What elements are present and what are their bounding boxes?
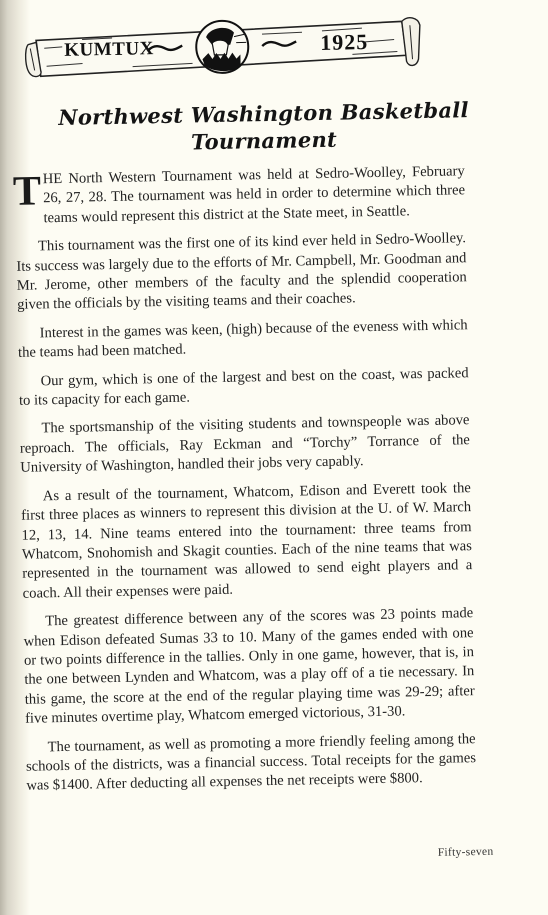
paragraph-2: This tournament was the first one of its… [16,229,467,315]
yearbook-name: KUMTUX [64,38,154,62]
article-title: Northwest Washington Basketball Tourname… [33,96,494,159]
paragraph-7: The greatest difference between any of t… [23,604,475,729]
paragraph-6: As a result of the tournament, Whatcom, … [21,479,473,604]
yearbook-year: 1925 [320,29,368,56]
paragraph-8: The tournament, as well as promoting a m… [25,730,476,797]
article-body: THE North Western Tournament was held at… [15,162,477,805]
header-banner: KUMTUX 1925 [22,11,423,79]
page-number: Fifty-seven [438,846,494,859]
paragraph-4: Our gym, which is one of the largest and… [18,364,469,411]
paragraph-3: Interest in the games was keen, (high) b… [18,316,469,363]
paragraph-1: THE North Western Tournament was held at… [15,162,466,229]
yearbook-page: KUMTUX 1925 Northwest Washington Basketb… [0,0,548,915]
paragraph-5: The sportsmanship of the visiting studen… [19,412,470,479]
drop-cap: T [13,173,42,210]
